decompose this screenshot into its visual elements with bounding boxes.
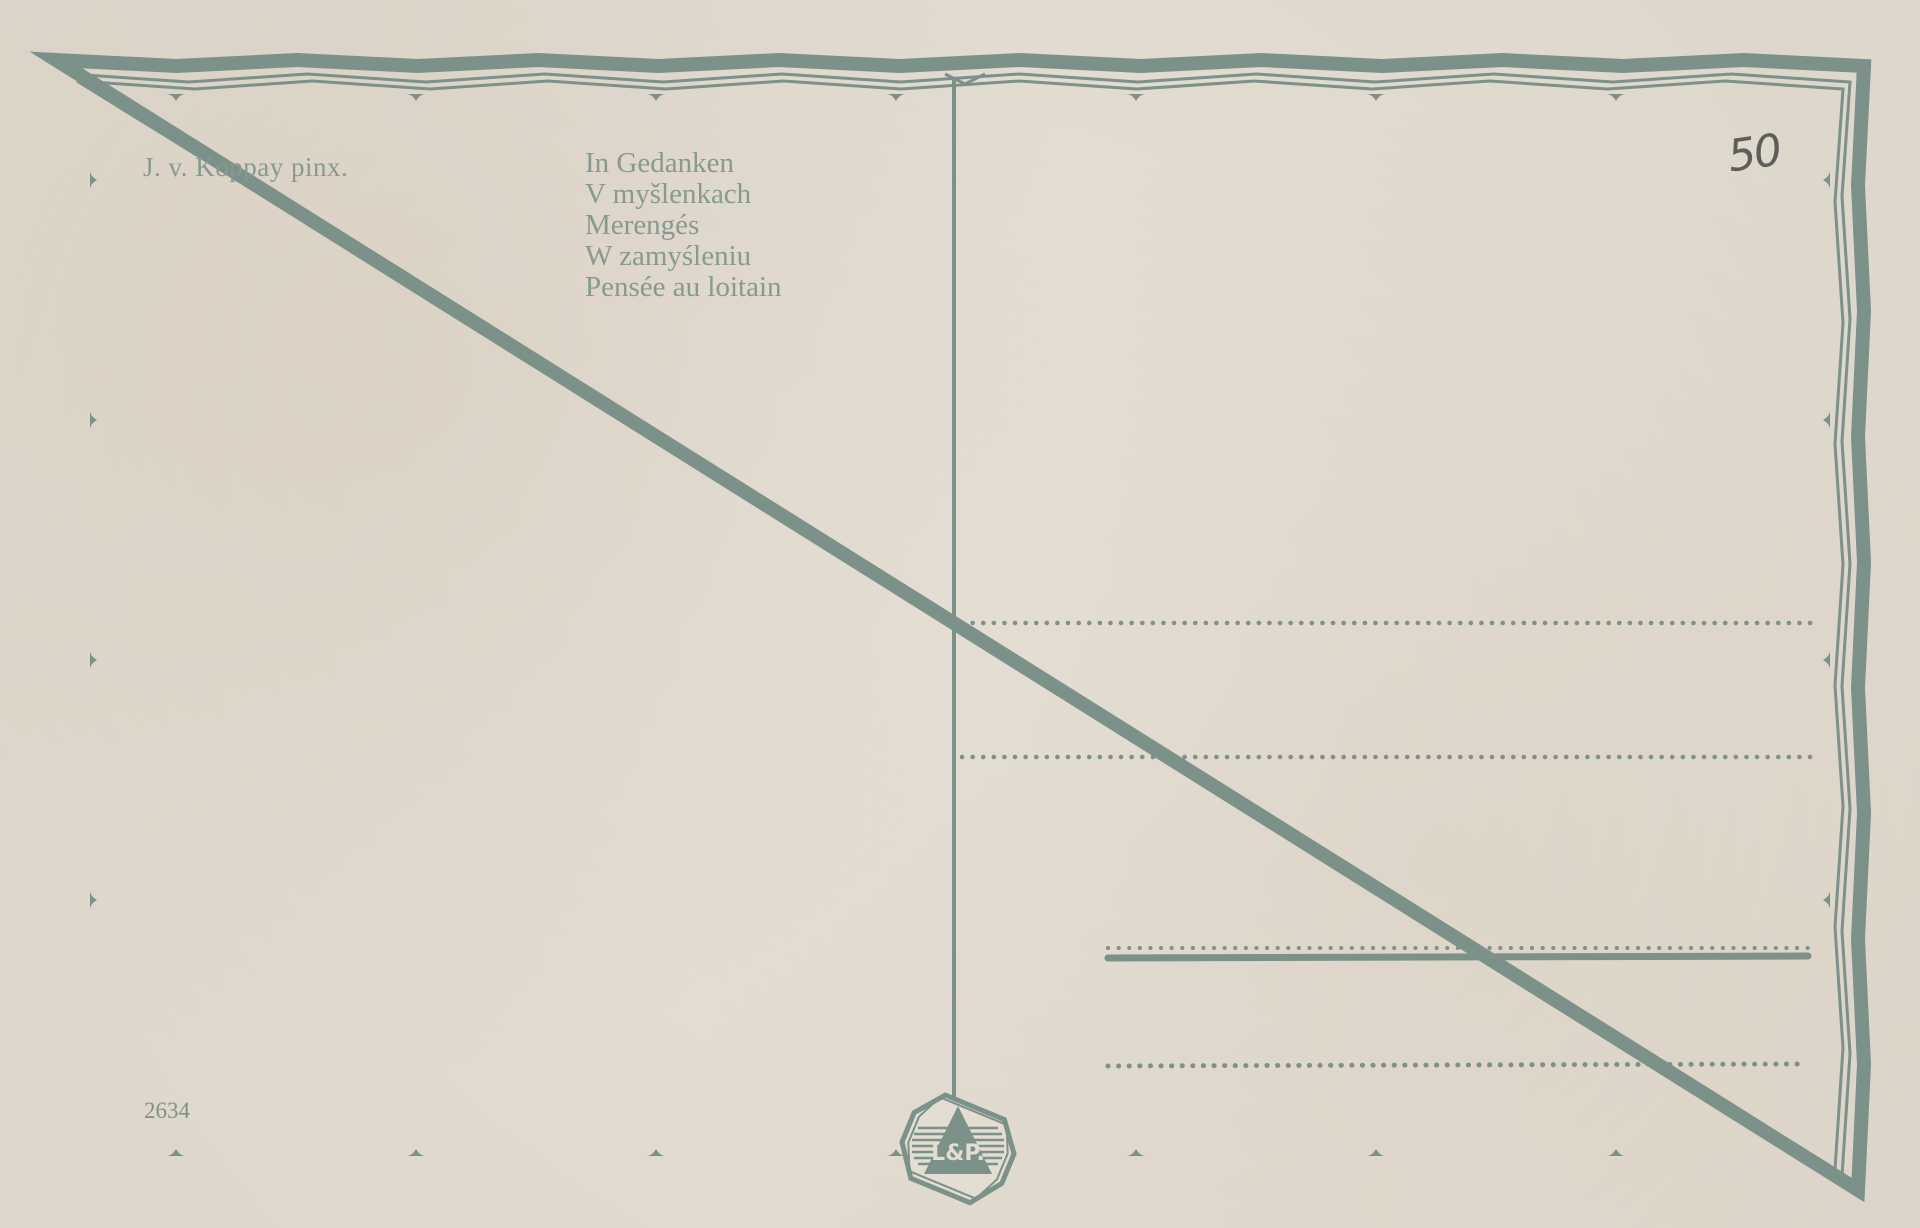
postcard: L&P. J. v. Koppay pinx. In Gedanken V my…: [0, 0, 1920, 1228]
title-french: Pensée au loitain: [585, 272, 782, 303]
handwritten-note: 50: [1725, 125, 1784, 183]
svg-text:L&P.: L&P.: [931, 1141, 985, 1166]
title-polish: W zamyśleniu: [585, 241, 782, 272]
artwork-titles: In Gedanken V myšlenkach Merengés W zamy…: [585, 148, 782, 303]
title-hungarian: Merengés: [585, 210, 782, 241]
catalog-number: 2634: [144, 1098, 190, 1124]
center-divider-line: [945, 74, 985, 1108]
address-lines: [962, 623, 1815, 1066]
title-czech: V myšlenkach: [585, 179, 782, 210]
artist-credit: J. v. Koppay pinx.: [143, 152, 348, 183]
title-german: In Gedanken: [585, 148, 782, 179]
publisher-logo-icon: L&P.: [891, 1087, 1025, 1211]
decorative-zigzag-border: L&P.: [0, 0, 1920, 1228]
